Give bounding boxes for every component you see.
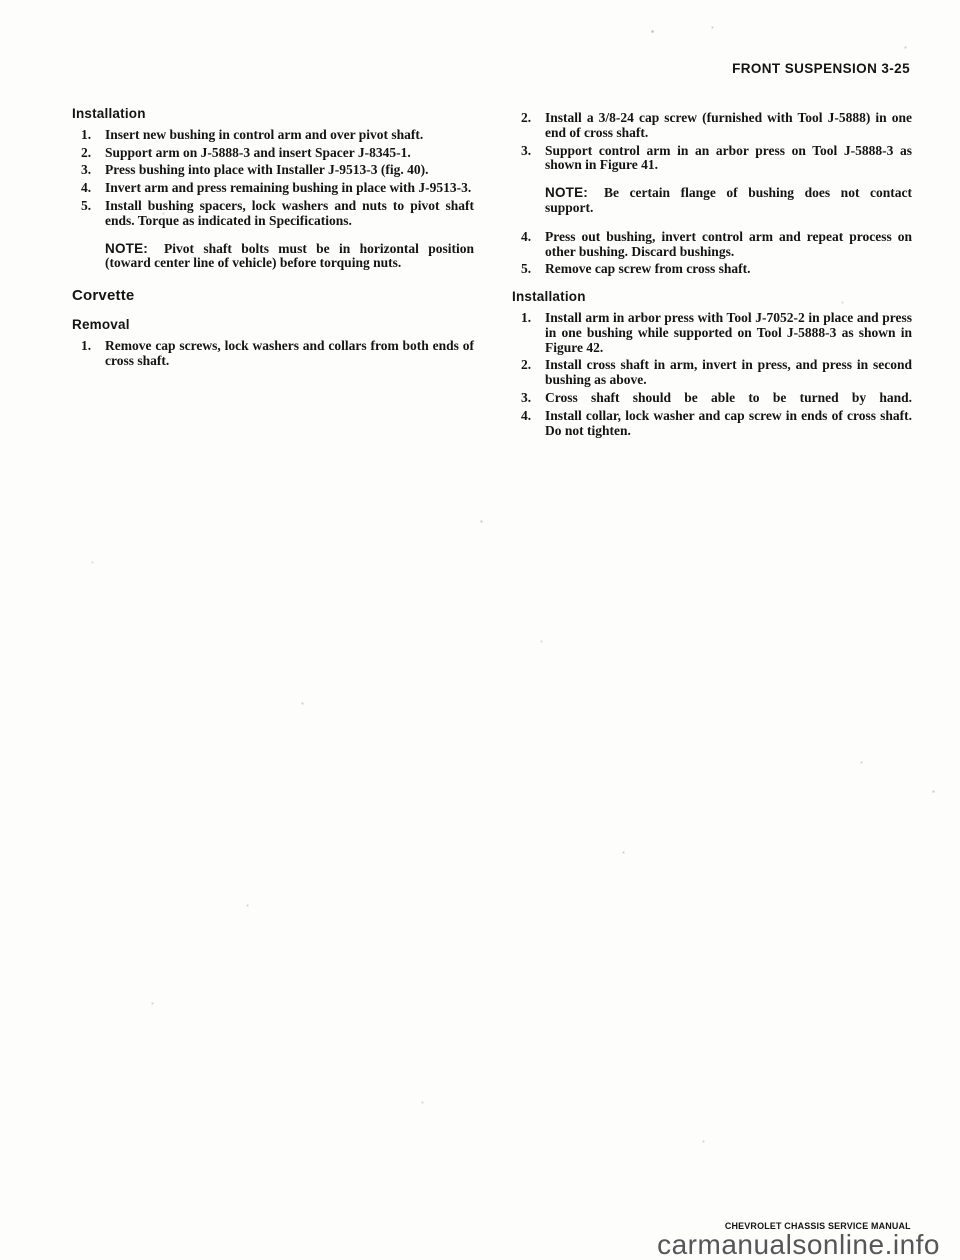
step-item: 1. Insert new bushing in control arm and…	[72, 128, 474, 143]
step-number: 1.	[72, 128, 105, 143]
removal-steps-left: 1. Remove cap screws, lock washers and c…	[72, 339, 474, 369]
left-column: Installation 1. Insert new bushing in co…	[72, 107, 474, 368]
step-text: Install bushing spacers, lock washers an…	[105, 199, 474, 229]
step-number: 5.	[512, 262, 545, 277]
step-text: Install collar, lock washer and cap scre…	[545, 409, 912, 439]
step-text: Insert new bushing in control arm and ov…	[105, 128, 474, 143]
step-number: 1.	[512, 311, 545, 355]
step-text: Support arm on J-5888-3 and insert Space…	[105, 146, 474, 161]
scan-noise	[0, 0, 1, 1]
step-number: 4.	[72, 181, 105, 196]
step-item: 1. Remove cap screws, lock washers and c…	[72, 339, 474, 369]
step-item: 3. Support control arm in an arbor press…	[512, 144, 912, 174]
step-number: 3.	[72, 163, 105, 178]
note-text: Pivot shaft bolts must be in horizontal …	[105, 241, 474, 271]
removal-heading: Removal	[72, 318, 474, 333]
step-number: 2.	[72, 146, 105, 161]
note-label: NOTE:	[545, 185, 588, 200]
note-block: NOTE:Pivot shaft bolts must be in horizo…	[105, 242, 474, 272]
step-item: 1. Install arm in arbor press with Tool …	[512, 311, 912, 355]
installation-heading-left: Installation	[72, 107, 474, 122]
step-item: 4. Install collar, lock washer and cap s…	[512, 409, 912, 439]
installation-steps-right: 1. Install arm in arbor press with Tool …	[512, 311, 912, 438]
step-item: 5. Install bushing spacers, lock washers…	[72, 199, 474, 229]
step-item: 3. Cross shaft should be able to be turn…	[512, 391, 912, 406]
content-columns: Installation 1. Insert new bushing in co…	[72, 107, 912, 438]
removal-steps-continued: 2. Install a 3/8-24 cap screw (furnished…	[512, 111, 912, 173]
removal-steps-continued-2: 4. Press out bushing, invert control arm…	[512, 230, 912, 277]
right-column: 2. Install a 3/8-24 cap screw (furnished…	[512, 111, 912, 438]
step-item: 2. Support arm on J-5888-3 and insert Sp…	[72, 146, 474, 161]
step-text: Remove cap screw from cross shaft.	[545, 262, 912, 277]
note-block: NOTE:Be certain flange of bushing does n…	[545, 186, 912, 216]
step-text: Cross shaft should be able to be turned …	[545, 391, 912, 406]
step-item: 2. Install cross shaft in arm, invert in…	[512, 358, 912, 388]
step-number: 2.	[512, 358, 545, 388]
note-label: NOTE:	[105, 241, 148, 256]
step-number: 4.	[512, 409, 545, 439]
step-text: Install a 3/8-24 cap screw (furnished wi…	[545, 111, 912, 141]
step-item: 5. Remove cap screw from cross shaft.	[512, 262, 912, 277]
step-number: 2.	[512, 111, 545, 141]
watermark-text: carmanualsonline.info	[657, 1229, 940, 1260]
step-item: 2. Install a 3/8-24 cap screw (furnished…	[512, 111, 912, 141]
step-text: Install arm in arbor press with Tool J-7…	[545, 311, 912, 355]
installation-heading-right: Installation	[512, 290, 912, 305]
manual-page: FRONT SUSPENSION 3-25 Installation 1. In…	[0, 0, 960, 1260]
step-item: 4. Press out bushing, invert control arm…	[512, 230, 912, 260]
step-number: 3.	[512, 391, 545, 406]
running-header: FRONT SUSPENSION 3-25	[732, 61, 910, 76]
step-text: Remove cap screws, lock washers and coll…	[105, 339, 474, 369]
corvette-heading: Corvette	[72, 289, 474, 304]
note-text: Be certain flange of bushing does not co…	[545, 185, 912, 215]
step-text: Support control arm in an arbor press on…	[545, 144, 912, 174]
step-item: 4. Invert arm and press remaining bushin…	[72, 181, 474, 196]
step-number: 5.	[72, 199, 105, 229]
step-number: 1.	[72, 339, 105, 369]
step-text: Invert arm and press remaining bushing i…	[105, 181, 474, 196]
step-text: Install cross shaft in arm, invert in pr…	[545, 358, 912, 388]
step-number: 4.	[512, 230, 545, 260]
step-text: Press out bushing, invert control arm an…	[545, 230, 912, 260]
step-item: 3. Press bushing into place with Install…	[72, 163, 474, 178]
step-text: Press bushing into place with Installer …	[105, 163, 474, 178]
installation-steps-left: 1. Insert new bushing in control arm and…	[72, 128, 474, 229]
step-number: 3.	[512, 144, 545, 174]
